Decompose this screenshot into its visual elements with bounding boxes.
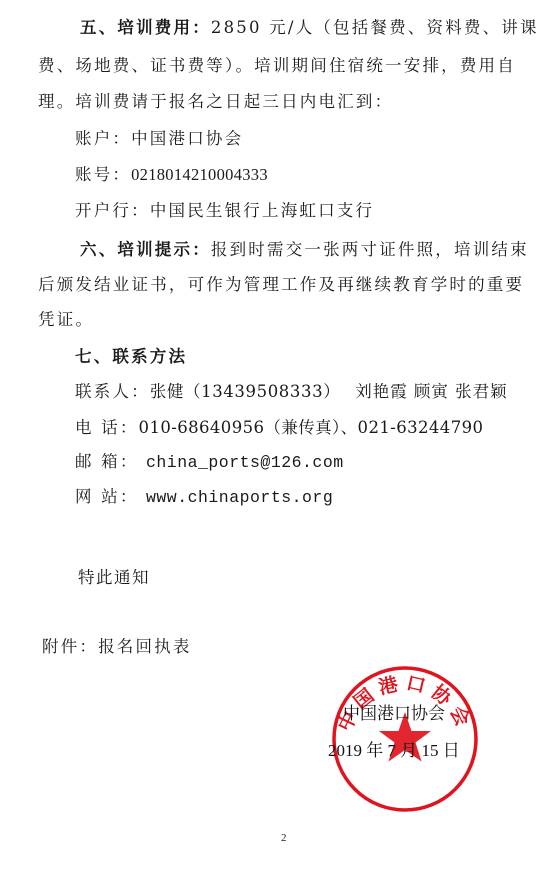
section7-heading: 七、联系方法 — [75, 347, 187, 367]
contact-label: 联系人： — [75, 382, 150, 401]
attachment-value: 报名回执表 — [98, 637, 192, 656]
phone-row: 电 话：010-68640956（兼传真）、021-63244790 — [75, 418, 483, 438]
signature-date: 2019 年 7 月 15 日 — [328, 741, 460, 761]
contact-others: 刘艳霞 顾寅 张君颖 — [355, 382, 508, 401]
contact-main: 张健（13439508333） — [150, 382, 340, 401]
bank-row: 开户行：中国民生银行上海虹口支行 — [75, 201, 374, 221]
account-number: 0218014210004333 — [131, 165, 268, 184]
account-name-row: 账户：中国港口协会 — [75, 129, 243, 149]
section5-line2: 费、场地费、证书费等）。培训期间住宿统一安排，费用自 — [38, 56, 516, 76]
attachment-label: 附件： — [42, 637, 98, 656]
section5-line1-text: 2850 元/人（包括餐费、资料费、讲课 — [211, 18, 539, 37]
signature-organization: 中国港口协会 — [343, 704, 445, 724]
website-row: 网 站： www.chinaports.org — [75, 487, 333, 508]
phone-value: 010-68640956（兼传真）、021-63244790 — [139, 418, 484, 437]
section6-line2: 后颁发结业证书，可作为管理工作及再继续教育学时的重要 — [38, 275, 524, 295]
section5-line3: 理。培训费请于报名之日起三日内电汇到： — [38, 92, 393, 112]
svg-text:中国港口协会: 中国港口协会 — [333, 671, 477, 735]
phone-label: 电 话： — [75, 418, 139, 437]
section5-line1: 五、培训费用：2850 元/人（包括餐费、资料费、讲课 — [80, 18, 539, 38]
section6-line1-text: 报到时需交一张两寸证件照，培训结束 — [211, 240, 529, 259]
closing-text: 特此通知 — [78, 568, 150, 588]
bank-label: 开户行： — [75, 201, 150, 220]
bank-name: 中国民生银行上海虹口支行 — [150, 201, 374, 220]
email-link[interactable]: china_ports@126.com — [146, 453, 344, 472]
account-number-row: 账号：0218014210004333 — [75, 165, 268, 185]
official-seal-icon: 中国港口协会 — [330, 664, 480, 814]
contact-row: 联系人：张健（13439508333） 刘艳霞 顾寅 张君颖 — [75, 382, 508, 402]
section6-heading: 六、培训提示： — [80, 240, 211, 259]
email-row: 邮 箱： china_ports@126.com — [75, 452, 344, 473]
email-label: 邮 箱： — [75, 452, 139, 471]
account-name-label: 账户： — [75, 129, 131, 148]
section5-heading: 五、培训费用： — [80, 18, 211, 37]
section6-line1: 六、培训提示：报到时需交一张两寸证件照，培训结束 — [80, 240, 529, 260]
account-name: 中国港口协会 — [131, 129, 243, 148]
website-label: 网 站： — [75, 487, 139, 506]
attachment-row: 附件：报名回执表 — [42, 637, 192, 657]
account-number-label: 账号： — [75, 165, 131, 184]
page-number: 2 — [281, 832, 287, 844]
section6-line3: 凭证。 — [38, 310, 94, 330]
website-link[interactable]: www.chinaports.org — [146, 488, 333, 507]
